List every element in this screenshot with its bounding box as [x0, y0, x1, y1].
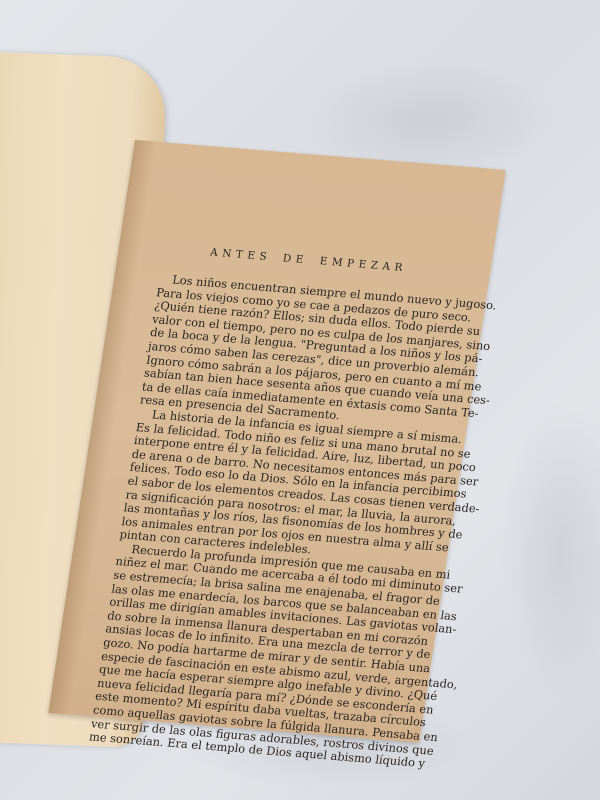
cloth-fold	[500, 400, 600, 700]
body-text: Los niños encuentran siempre el mundo nu…	[88, 272, 458, 768]
chapter-heading: ANTES DE EMPEZAR	[198, 246, 419, 276]
paragraph-1: Los niños encuentran siempre el mundo nu…	[139, 272, 458, 431]
paragraph-3: Recuerdo la profunda impresión que me ca…	[88, 542, 418, 768]
paragraph-2: La historia de la infancia es igual siem…	[119, 407, 438, 566]
